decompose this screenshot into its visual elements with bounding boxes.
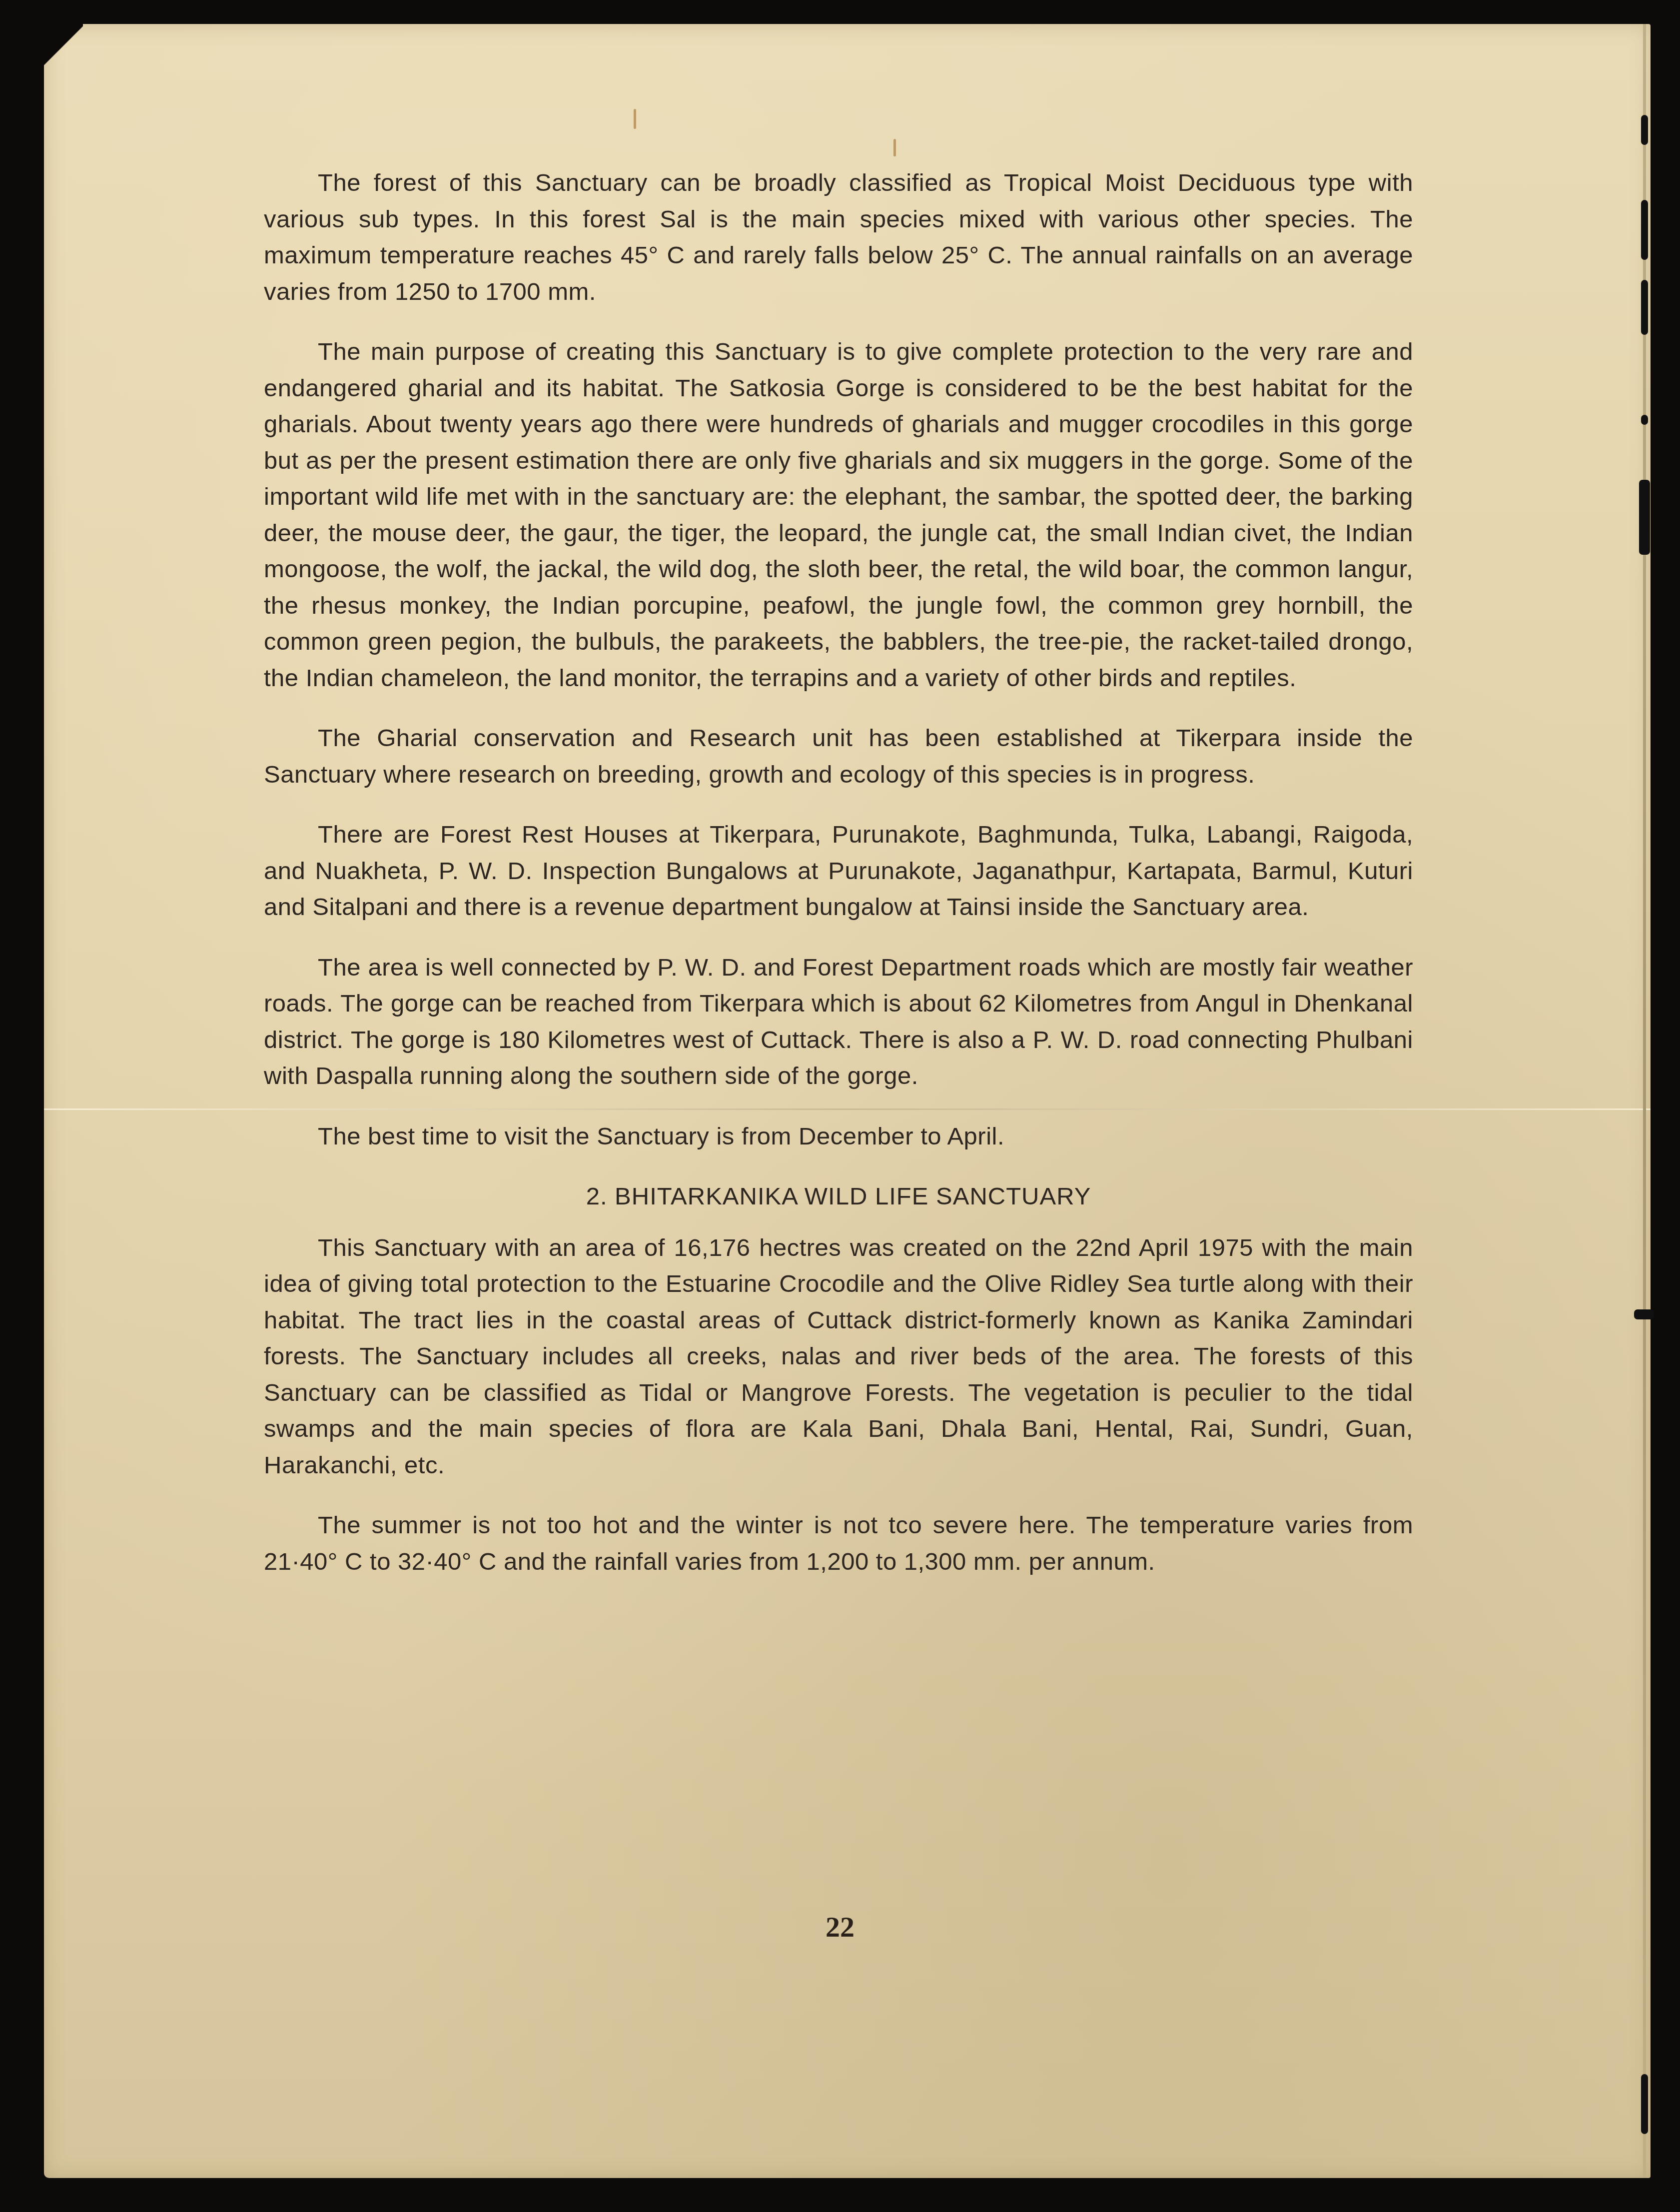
paragraph-purpose-wildlife: The main purpose of creating this Sanctu… [264, 334, 1413, 696]
paragraph-gharial-research: The Gharial conservation and Research un… [264, 720, 1413, 793]
ink-stain [893, 139, 896, 156]
page-number: 22 [0, 1910, 1680, 1944]
paragraph-bhitarkanika-intro: This Sanctuary with an area of 16,176 he… [264, 1230, 1413, 1484]
staple-mark [1641, 280, 1648, 335]
paragraph-climate: The summer is not too hot and the winter… [264, 1507, 1413, 1580]
ink-stain [634, 109, 636, 129]
staple-mark [1641, 415, 1648, 425]
paragraph-forest-type: The forest of this Sanctuary can be broa… [264, 165, 1413, 310]
staple-mark [1641, 2074, 1648, 2134]
binding-spine [1643, 24, 1646, 2178]
paragraph-rest-houses: There are Forest Rest Houses at Tikerpar… [264, 817, 1413, 926]
paragraph-roads: The area is well connected by P. W. D. a… [264, 950, 1413, 1095]
staple-mark [1641, 115, 1648, 145]
staple-mark [1634, 1309, 1654, 1319]
staple-mark [1639, 480, 1650, 555]
document-body: The forest of this Sanctuary can be broa… [264, 165, 1413, 1604]
section-heading: 2. BHITARKANIKA WILD LIFE SANCTUARY [264, 1178, 1413, 1215]
staple-mark [1641, 200, 1648, 260]
scanned-page: The forest of this Sanctuary can be broa… [0, 0, 1680, 2212]
paragraph-best-time: The best time to visit the Sanctuary is … [264, 1118, 1413, 1155]
